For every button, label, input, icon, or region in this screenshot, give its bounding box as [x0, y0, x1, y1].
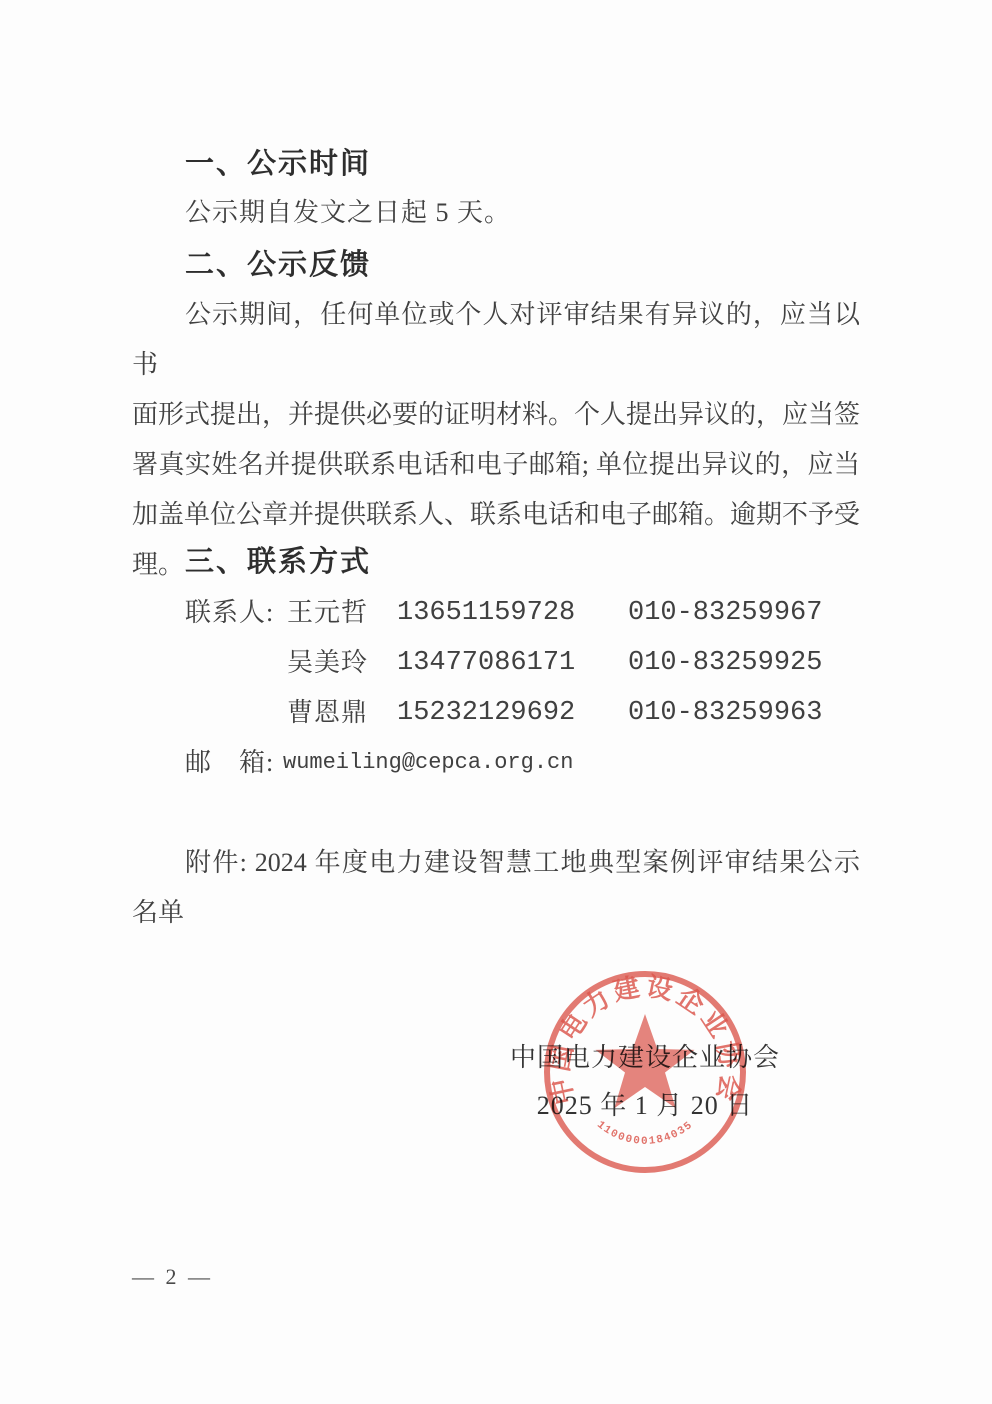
- section2-heading: 二、公示反馈: [132, 247, 913, 283]
- document-page: 一、公示时间 公示期自发文之日起 5 天。 二、公示反馈 公示期间，任何单位或个…: [0, 0, 992, 1404]
- contact-row: 曹恩鼎 15232129692 010-83259963: [132, 688, 860, 738]
- paragraph-line: 加盖单位公章并提供联系人、联系电话和电子邮箱。逾期不予受: [132, 490, 860, 540]
- paragraph-line: 面形式提出，并提供必要的证明材料。个人提出异议的，应当签: [132, 390, 860, 440]
- contact-label: 联系人:: [185, 588, 274, 638]
- email-row: 邮 箱: wumeiling@cepca.org.cn: [132, 738, 860, 788]
- paragraph-line: 署真实姓名并提供联系电话和电子邮箱; 单位提出异议的，应当: [132, 440, 860, 490]
- signature-date: 2025 年 1 月 20 日: [430, 1088, 860, 1124]
- contact-name: 吴美玲: [287, 638, 368, 688]
- email-value: wumeiling@cepca.org.cn: [283, 738, 573, 788]
- page-number: — 2 —: [132, 1262, 213, 1292]
- contact-phone: 010-83259963: [628, 688, 822, 738]
- contact-mobile: 13651159728: [397, 588, 575, 638]
- contact-phone: 010-83259967: [628, 588, 822, 638]
- contact-list: 联系人: 王元哲 13651159728 010-83259967 吴美玲 13…: [132, 588, 860, 788]
- signature-org: 中国电力建设企业协会: [430, 1040, 860, 1076]
- attachment-line: 附件: 2024 年度电力建设智慧工地典型案例评审结果公示: [132, 838, 860, 888]
- contact-mobile: 15232129692: [397, 688, 575, 738]
- contact-phone: 010-83259925: [628, 638, 822, 688]
- contact-row: 吴美玲 13477086171 010-83259925: [132, 638, 860, 688]
- contact-row: 联系人: 王元哲 13651159728 010-83259967: [132, 588, 860, 638]
- section1-heading: 一、公示时间: [132, 146, 913, 182]
- attachment-line: 名单: [132, 888, 860, 938]
- email-label: 邮 箱:: [185, 738, 274, 788]
- section3-heading: 三、联系方式: [132, 544, 913, 580]
- contact-mobile: 13477086171: [397, 638, 575, 688]
- contact-name: 王元哲: [287, 588, 368, 638]
- section1-body: 公示期自发文之日起 5 天。: [132, 188, 913, 238]
- paragraph-line: 公示期间，任何单位或个人对评审结果有异议的，应当以书: [132, 290, 860, 390]
- contact-name: 曹恩鼎: [287, 688, 368, 738]
- attachment-note: 附件: 2024 年度电力建设智慧工地典型案例评审结果公示 名单: [132, 838, 860, 938]
